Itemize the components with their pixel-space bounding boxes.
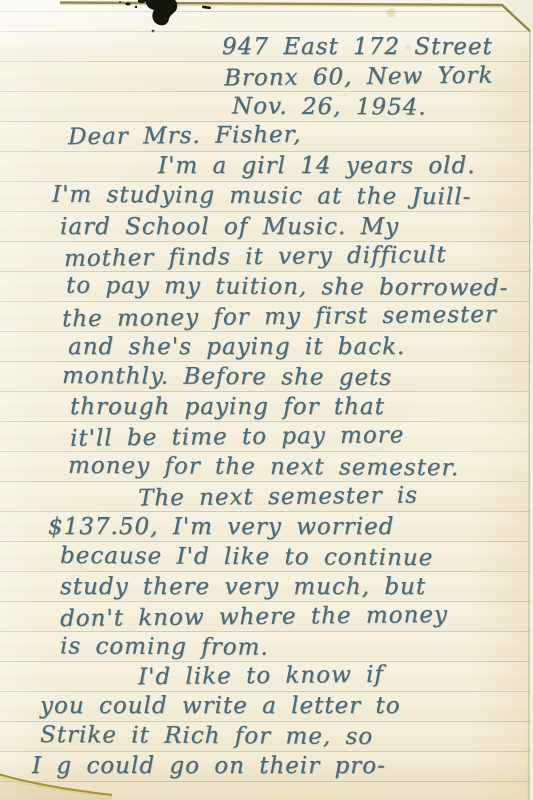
- body-line: and she's paying it back.: [68, 332, 405, 362]
- body-line: to pay my tuition, she borrowed-: [66, 271, 508, 304]
- body-line: you could write a letter to: [40, 691, 401, 721]
- body-line: The next semester is: [138, 481, 418, 514]
- body-line: because I'd like to continue: [60, 541, 433, 573]
- salutation: Dear Mrs. Fisher,: [68, 120, 302, 152]
- body-line: money for the next semester.: [68, 451, 459, 483]
- body-line: Strike it Rich for me, so: [40, 720, 373, 752]
- body-line: iard School of Music. My: [60, 212, 399, 242]
- body-line: I g could go on their pro-: [32, 751, 386, 781]
- body-line: mother finds it very difficult: [64, 240, 447, 274]
- body-line: monthly. Before she gets: [62, 361, 392, 393]
- body-line: the money for my first semester: [62, 300, 497, 335]
- scanned-letter: 947 East 172 Street Bronx 60, New York N…: [0, 0, 533, 800]
- body-line: is coming from.: [60, 631, 269, 662]
- body-line: I'd like to know if: [138, 660, 384, 693]
- body-line: it'll be time to pay more: [70, 420, 405, 453]
- body-line: study there very much, but: [60, 572, 426, 602]
- body-line: through paying for that: [70, 392, 385, 422]
- body-line: I'm a girl 14 years old.: [158, 151, 476, 181]
- body-line: I'm studying music at the Juill-: [52, 180, 472, 213]
- address-line: Bronx 60, New York: [224, 61, 494, 94]
- body-line: don't know where the money: [60, 600, 448, 634]
- body-line: $137.50, I'm very worried: [48, 512, 394, 542]
- address-line: 947 East 172 Street: [222, 32, 493, 62]
- date-line: Nov. 26, 1954.: [232, 91, 427, 122]
